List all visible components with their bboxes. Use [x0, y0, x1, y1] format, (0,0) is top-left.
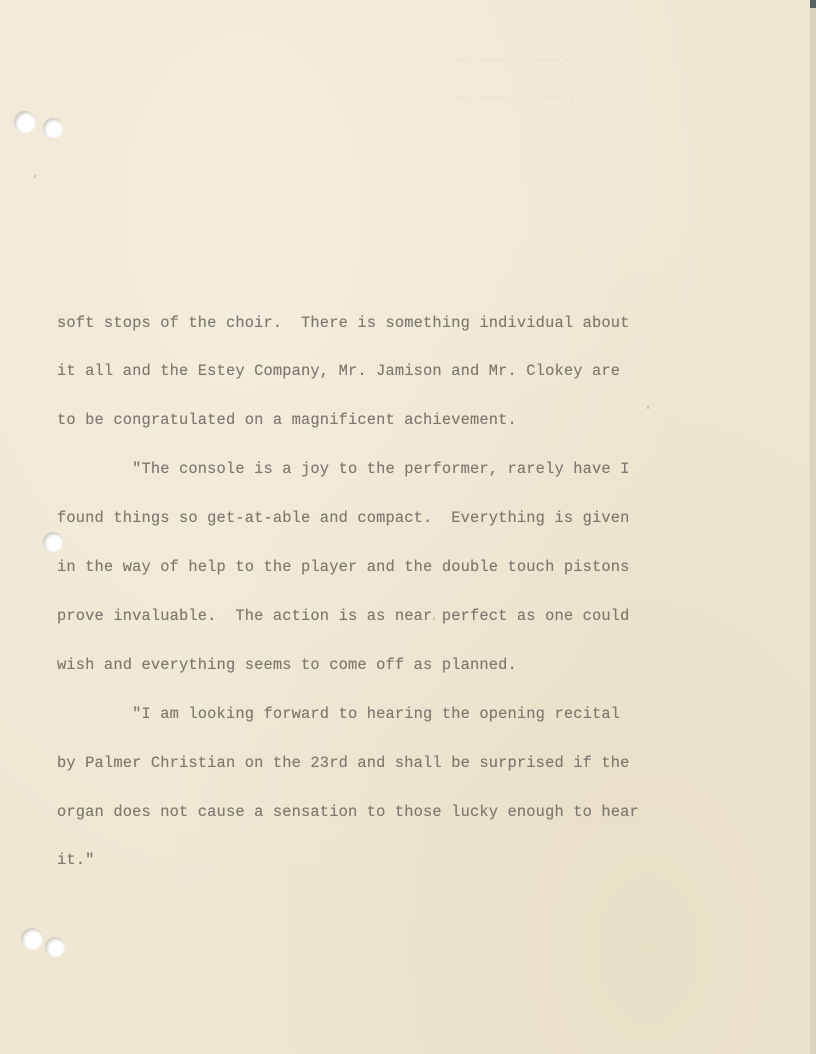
paper-speck [647, 406, 649, 409]
text-line: in the way of help to the player and the… [57, 559, 657, 575]
text-line: it all and the Estey Company, Mr. Jamiso… [57, 363, 657, 379]
typewritten-body: soft stops of the choir. There is someth… [57, 282, 657, 901]
text-line: soft stops of the choir. There is someth… [57, 315, 657, 331]
text-line: "The console is a joy to the performer, … [57, 461, 657, 477]
header-mark-line: --- ------- - - ----- - - - - - [455, 92, 705, 108]
punch-hole-top-right [43, 118, 63, 138]
text-line: organ does not cause a sensation to thos… [57, 804, 657, 820]
text-line: found things so get-at-able and compact.… [57, 510, 657, 526]
faint-header-marks: --- ------ - - ----- - - - - --- -------… [455, 32, 705, 54]
text-line: wish and everything seems to come off as… [57, 657, 657, 673]
text-line: to be congratulated on a magnificent ach… [57, 412, 657, 428]
text-line: by Palmer Christian on the 23rd and shal… [57, 755, 657, 771]
paper-speck [34, 175, 36, 178]
punch-hole-bottom-left [21, 928, 43, 950]
header-mark-line: --- ------ - - ----- - - - - [455, 54, 705, 70]
text-line: prove invaluable. The action is as near … [57, 608, 657, 624]
text-line: "I am looking forward to hearing the ope… [57, 706, 657, 722]
text-line: it." [57, 852, 657, 868]
page-right-edge [810, 0, 816, 1054]
punch-hole-top-left [14, 111, 36, 133]
document-page: --- ------ - - ----- - - - - --- -------… [0, 0, 810, 1054]
punch-hole-bottom-right [45, 937, 65, 957]
paper-speck [433, 617, 435, 620]
scan-corner-mark [810, 0, 816, 8]
